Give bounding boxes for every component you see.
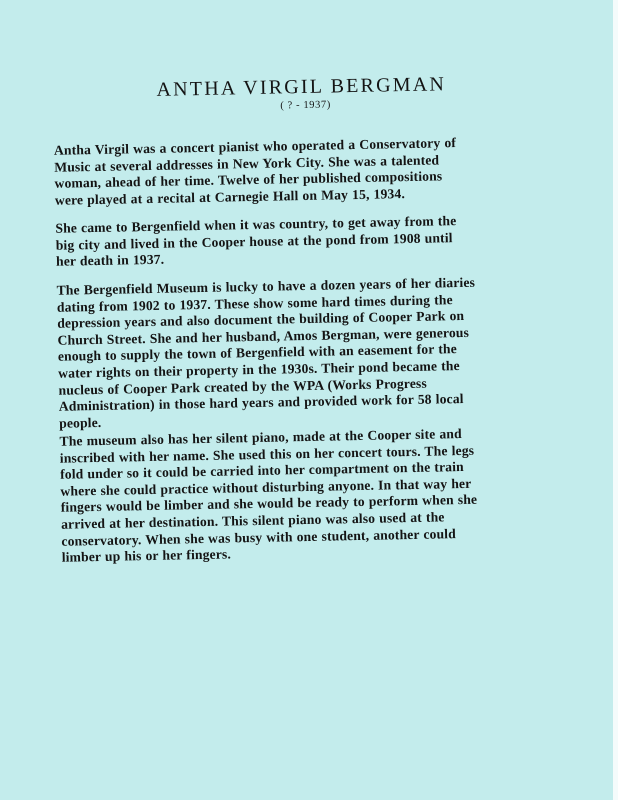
paragraph-biography: Antha Virgil was a concert pianist who o…: [54, 134, 525, 209]
paragraph-bergenfield: She came to Bergenfield when it was coun…: [55, 212, 526, 271]
document-body: ANTHA VIRGIL BERGMAN ( ? - 1937) Antha V…: [0, 0, 618, 800]
paragraph-silent-piano: The museum also has her silent piano, ma…: [59, 425, 531, 567]
paper-sheet: ANTHA VIRGIL BERGMAN ( ? - 1937) Antha V…: [0, 0, 613, 800]
paragraph-diaries: The Bergenfield Museum is lucky to have …: [56, 274, 529, 432]
